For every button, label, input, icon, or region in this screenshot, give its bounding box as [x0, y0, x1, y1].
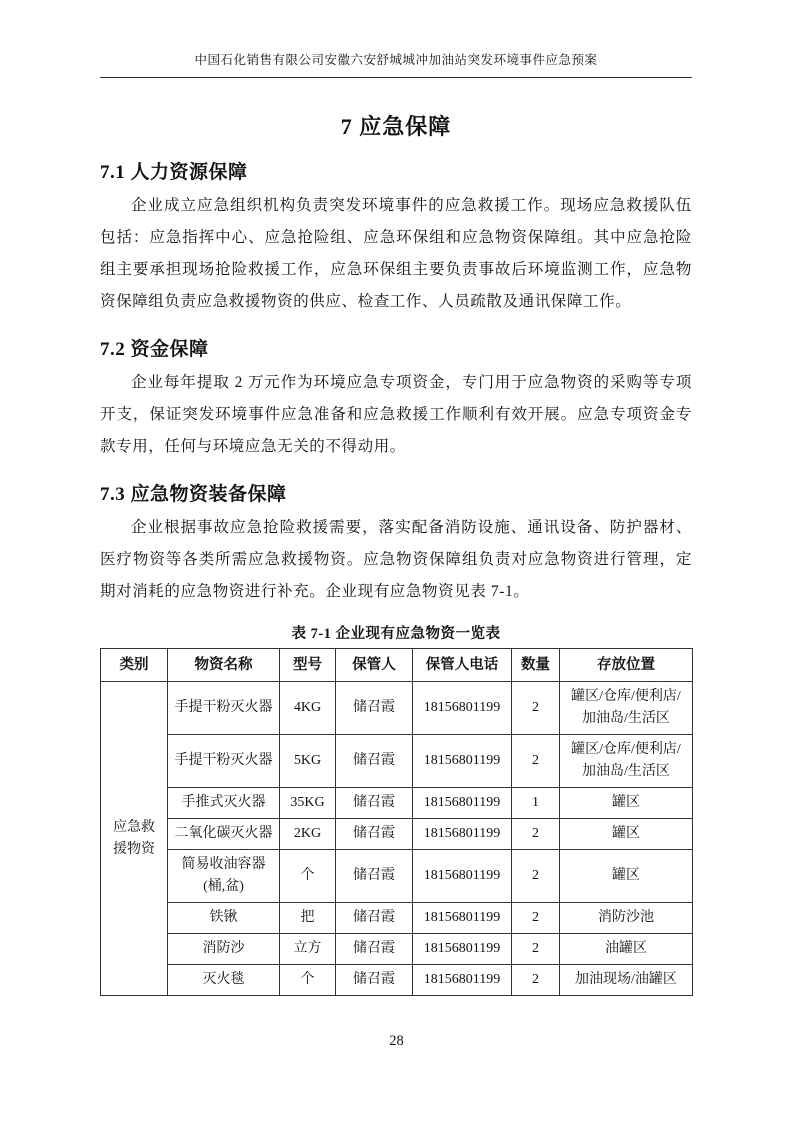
cell-keeper: 储召霞: [336, 934, 413, 965]
cell-qty: 2: [512, 682, 560, 735]
cell-name: 消防沙: [168, 934, 280, 965]
cell-keeper: 储召霞: [336, 788, 413, 819]
section-body-7-2: 企业每年提取 2 万元作为环境应急专项资金，专门用于应急物资的采购等专项开支，保…: [100, 367, 692, 463]
cell-name: 铁锹: [168, 903, 280, 934]
cell-location: 罐区: [560, 819, 693, 850]
cell-model: 立方: [280, 934, 336, 965]
table-row: 应急救援物资 手提干粉灭火器 4KG 储召霞 18156801199 2 罐区/…: [101, 682, 693, 735]
cell-qty: 2: [512, 903, 560, 934]
running-header: 中国石化销售有限公司安徽六安舒城城冲加油站突发环境事件应急预案: [100, 50, 692, 78]
cell-model: 个: [280, 850, 336, 903]
cell-location: 罐区/仓库/便利店/加油岛/生活区: [560, 735, 693, 788]
cell-phone: 18156801199: [413, 819, 512, 850]
cell-keeper: 储召霞: [336, 682, 413, 735]
cell-name: 手推式灭火器: [168, 788, 280, 819]
table-row: 手提干粉灭火器 5KG 储召霞 18156801199 2 罐区/仓库/便利店/…: [101, 735, 693, 788]
cell-qty: 2: [512, 850, 560, 903]
table-row: 简易收油容器(桶,盆) 个 储召霞 18156801199 2 罐区: [101, 850, 693, 903]
table-caption: 表 7-1 企业现有应急物资一览表: [100, 622, 692, 643]
cell-name: 二氧化碳灭火器: [168, 819, 280, 850]
cell-model: 2KG: [280, 819, 336, 850]
table-row: 二氧化碳灭火器 2KG 储召霞 18156801199 2 罐区: [101, 819, 693, 850]
running-header-text: 中国石化销售有限公司安徽六安舒城城冲加油站突发环境事件应急预案: [194, 53, 597, 67]
cell-name: 灭火毯: [168, 965, 280, 996]
cell-location: 消防沙池: [560, 903, 693, 934]
cell-model: 把: [280, 903, 336, 934]
col-header-qty: 数量: [512, 649, 560, 682]
table-row: 灭火毯 个 储召霞 18156801199 2 加油现场/油罐区: [101, 965, 693, 996]
section-body-7-1: 企业成立应急组织机构负责突发环境事件的应急救援工作。现场应急救援队伍包括：应急指…: [100, 190, 692, 318]
table-header-row: 类别 物资名称 型号 保管人 保管人电话 数量 存放位置: [101, 649, 693, 682]
cell-name: 手提干粉灭火器: [168, 735, 280, 788]
col-header-category: 类别: [101, 649, 168, 682]
cell-location: 罐区: [560, 788, 693, 819]
supplies-table: 类别 物资名称 型号 保管人 保管人电话 数量 存放位置 应急救援物资 手提干粉…: [100, 648, 693, 996]
cell-qty: 2: [512, 735, 560, 788]
col-header-phone: 保管人电话: [413, 649, 512, 682]
cell-keeper: 储召霞: [336, 965, 413, 996]
cell-qty: 2: [512, 819, 560, 850]
cell-location: 加油现场/油罐区: [560, 965, 693, 996]
col-header-model: 型号: [280, 649, 336, 682]
cell-phone: 18156801199: [413, 735, 512, 788]
cell-name: 手提干粉灭火器: [168, 682, 280, 735]
col-header-name: 物资名称: [168, 649, 280, 682]
col-header-keeper: 保管人: [336, 649, 413, 682]
page-number: 28: [0, 1033, 793, 1050]
cell-model: 4KG: [280, 682, 336, 735]
cell-name: 简易收油容器(桶,盆): [168, 850, 280, 903]
cell-model: 个: [280, 965, 336, 996]
col-header-location: 存放位置: [560, 649, 693, 682]
cell-phone: 18156801199: [413, 903, 512, 934]
cell-model: 35KG: [280, 788, 336, 819]
chapter-title: 7 应急保障: [100, 110, 692, 141]
cell-keeper: 储召霞: [336, 850, 413, 903]
table-row: 消防沙 立方 储召霞 18156801199 2 油罐区: [101, 934, 693, 965]
cell-phone: 18156801199: [413, 682, 512, 735]
table-row: 手推式灭火器 35KG 储召霞 18156801199 1 罐区: [101, 788, 693, 819]
cell-category: 应急救援物资: [101, 682, 168, 996]
cell-keeper: 储召霞: [336, 819, 413, 850]
section-body-7-3: 企业根据事故应急抢险救援需要，落实配备消防设施、通讯设备、防护器材、医疗物资等各…: [100, 512, 692, 608]
cell-qty: 2: [512, 965, 560, 996]
section-heading-7-2: 7.2 资金保障: [100, 334, 692, 361]
cell-phone: 18156801199: [413, 934, 512, 965]
cell-qty: 2: [512, 934, 560, 965]
section-heading-7-3: 7.3 应急物资装备保障: [100, 479, 692, 506]
document-page: 中国石化销售有限公司安徽六安舒城城冲加油站突发环境事件应急预案 7 应急保障 7…: [0, 0, 793, 1122]
table-row: 铁锹 把 储召霞 18156801199 2 消防沙池: [101, 903, 693, 934]
cell-phone: 18156801199: [413, 850, 512, 903]
cell-location: 油罐区: [560, 934, 693, 965]
cell-model: 5KG: [280, 735, 336, 788]
cell-keeper: 储召霞: [336, 903, 413, 934]
cell-keeper: 储召霞: [336, 735, 413, 788]
cell-qty: 1: [512, 788, 560, 819]
cell-location: 罐区: [560, 850, 693, 903]
cell-phone: 18156801199: [413, 965, 512, 996]
section-heading-7-1: 7.1 人力资源保障: [100, 157, 692, 184]
cell-phone: 18156801199: [413, 788, 512, 819]
cell-location: 罐区/仓库/便利店/加油岛/生活区: [560, 682, 693, 735]
